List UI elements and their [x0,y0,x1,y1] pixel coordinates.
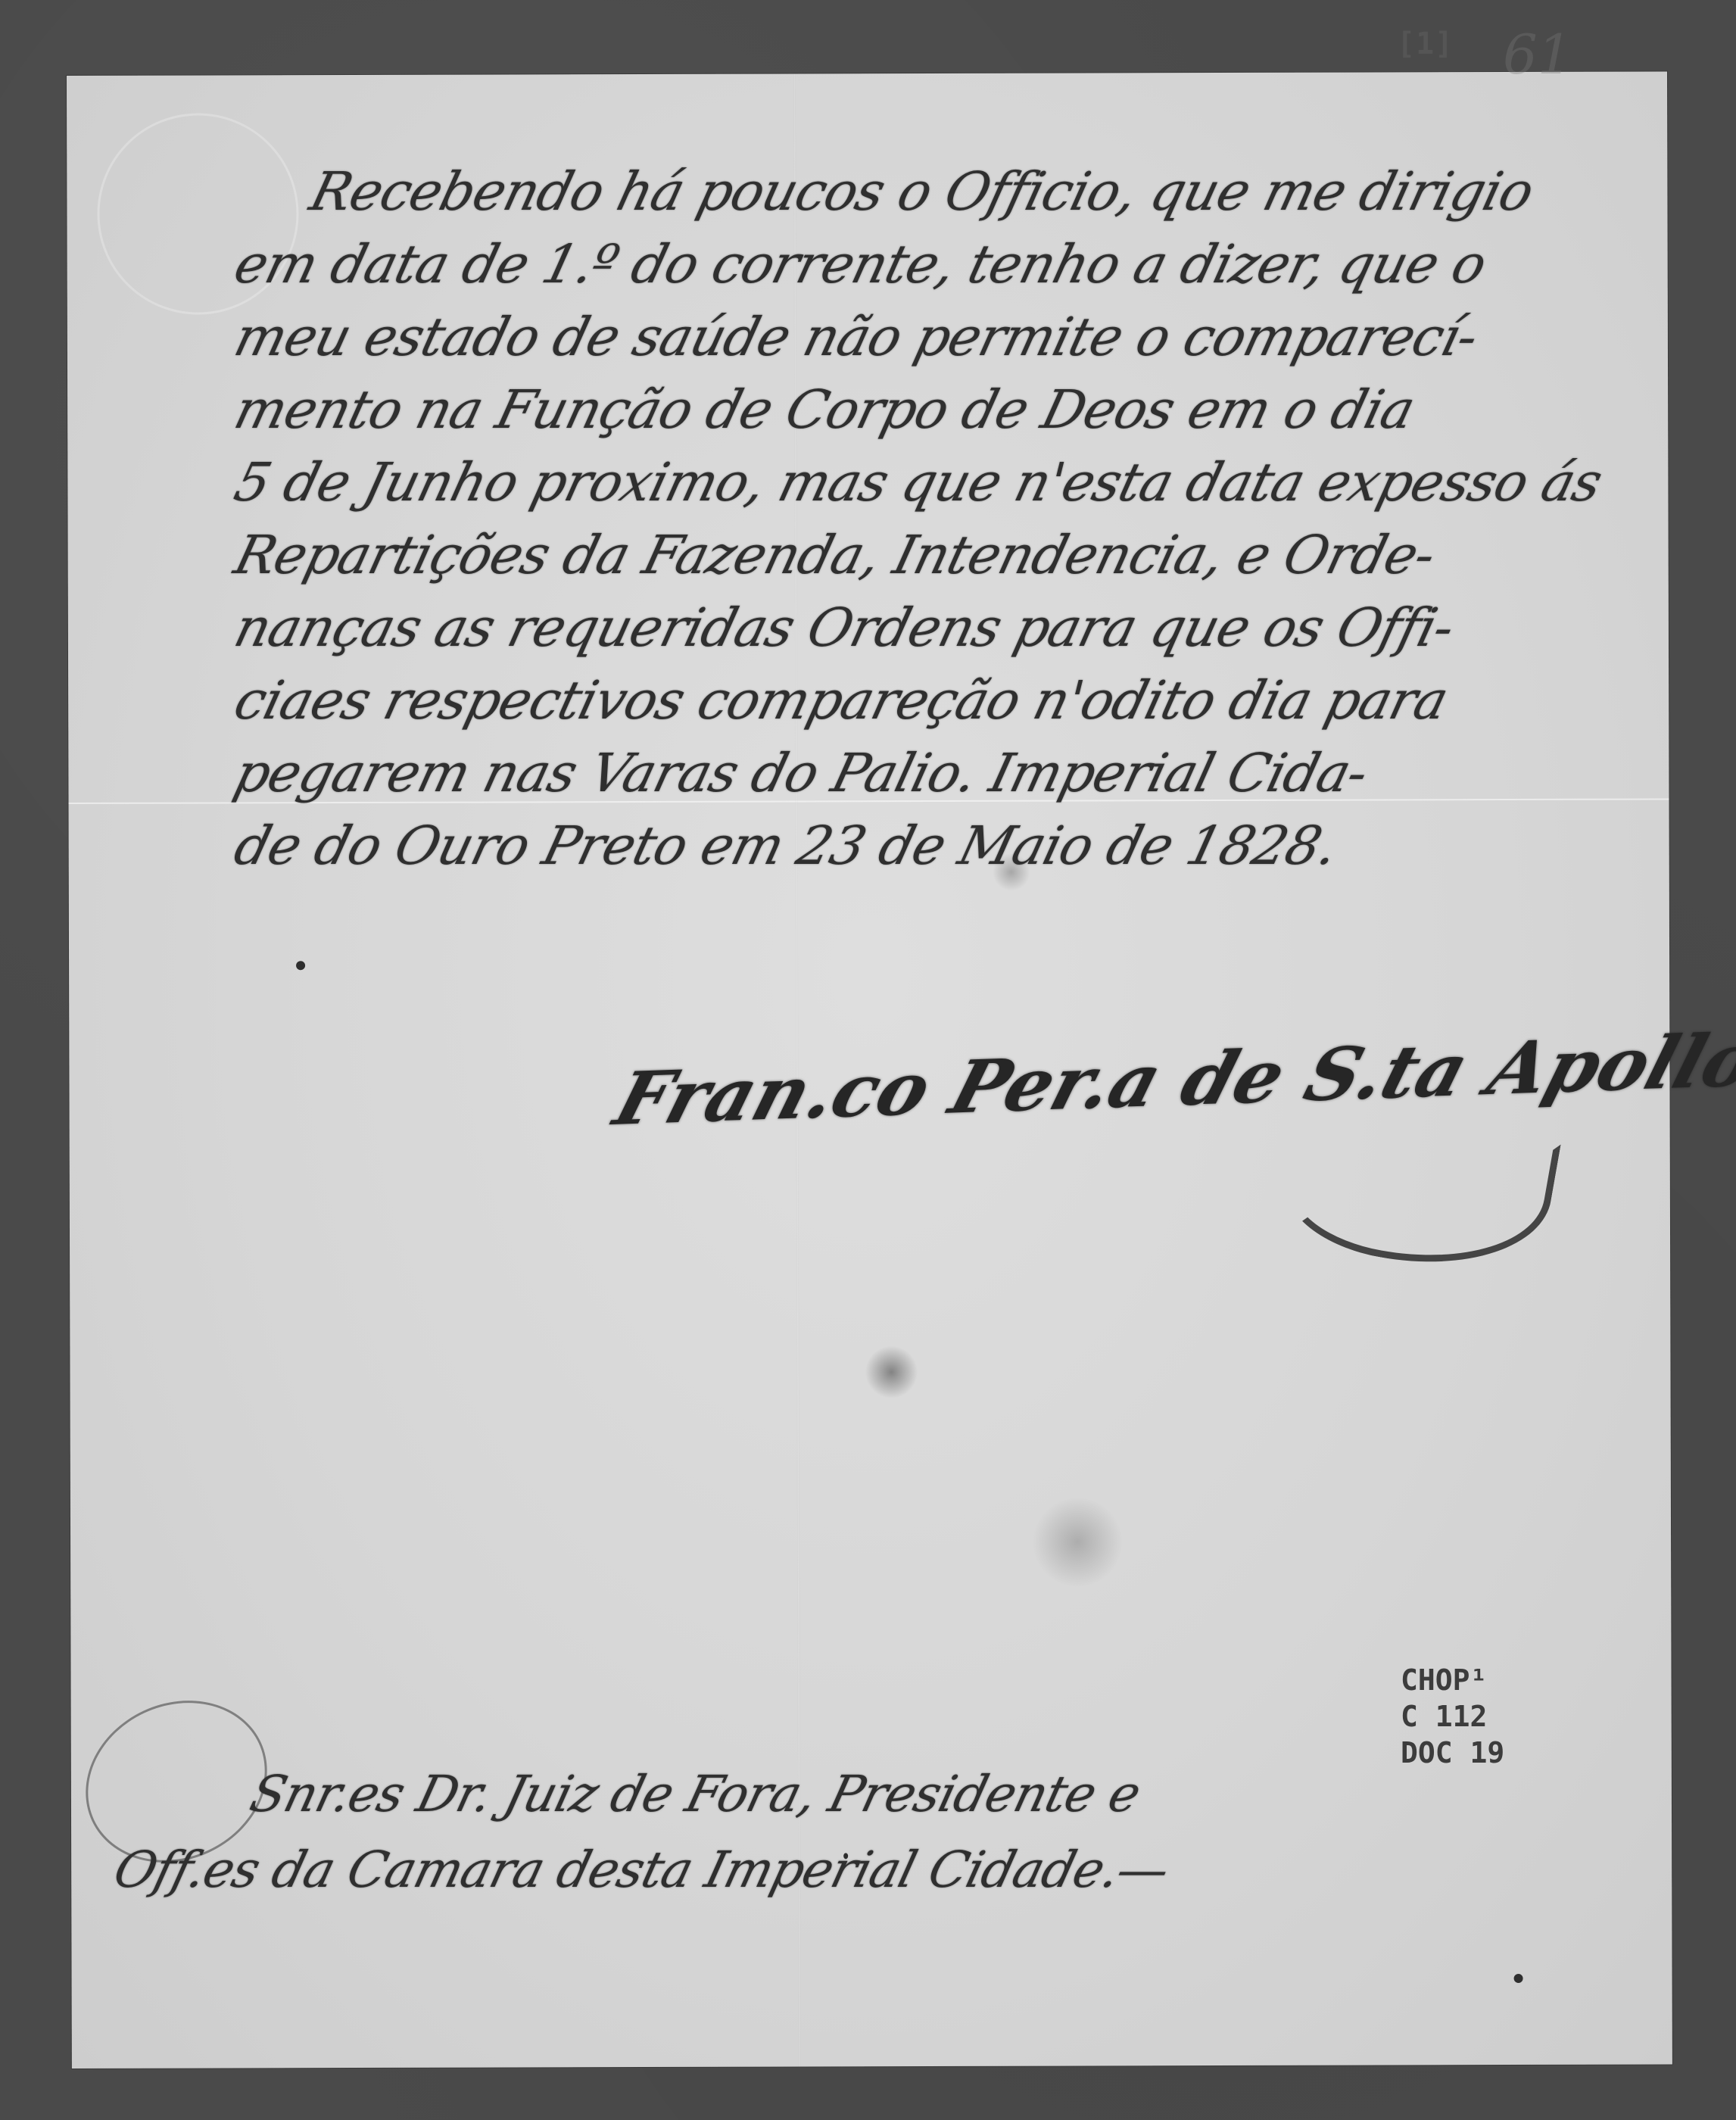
letter-line: mento na Função de Corpo de Deos em o di… [227,373,1631,446]
letter-line: Recebendo há poucos o Officio, que me di… [303,155,1631,228]
letter-line: 5 de Junho proximo, mas que n'esta data … [227,446,1631,519]
ink-stain [1032,1496,1123,1587]
letter-line: ciaes respectivos compareção n'odito dia… [227,664,1631,737]
letter-body: Recebendo há poucos o Officio, que me di… [227,155,1613,882]
folio-number: 61 [1503,23,1572,86]
addressee-block: Snr.es Dr. Juiz de Fora, Presidente e Of… [91,1757,1158,1908]
addressee-line: Off.es da Camara desta Imperial Cidade.— [106,1832,1177,1908]
archive-bracket-reference: [1] [1397,26,1454,61]
paper-speck [1514,1974,1523,1983]
letter-line: nanças as requeridas Ordens para que os … [227,591,1631,664]
archive-stamp: CHOP¹ C 112 DOC 19 [1401,1662,1504,1771]
archive-stamp-line: DOC 19 [1401,1735,1504,1771]
letter-line: em data de 1.º do corrente, tenho a dize… [227,228,1631,301]
letter-line-date: de do Ouro Preto em 23 de Maio de 1828. [227,809,1631,882]
archive-stamp-line: CHOP¹ [1401,1662,1504,1698]
ink-stain [865,1345,918,1398]
archive-stamp-line: C 112 [1401,1698,1504,1735]
letter-line: pegarem nas Varas do Palio. Imperial Cid… [227,737,1631,809]
addressee-line: Snr.es Dr. Juiz de Fora, Presidente e [242,1757,1177,1832]
letter-line: Repartições da Fazenda, Intendencia, e O… [227,519,1631,591]
letter-line: meu estado de saúde não permite o compar… [227,301,1631,373]
paper-speck [296,961,305,970]
